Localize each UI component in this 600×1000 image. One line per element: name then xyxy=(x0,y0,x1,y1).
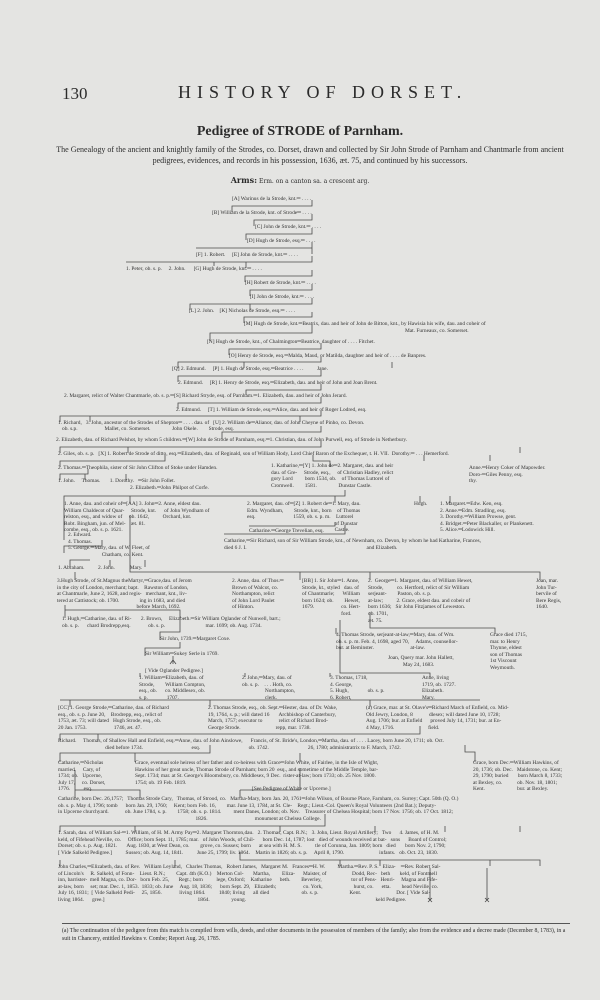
pedigree-entry: Anne, living 1719, ob. 1727. Elizabeth. … xyxy=(422,675,456,701)
pedigree-entry: Sir John, 1739.═Margaret Coxe. xyxy=(160,636,230,643)
pedigree-entry: 2. John,═Mary, dau. of ob. s. p. . . . H… xyxy=(242,675,295,701)
pedigree-entry: Catharine,═Nicholas married Cary, of 173… xyxy=(58,760,105,793)
pedigree-entry: ob. s.p. Mallet, co. Somerset. John Okel… xyxy=(62,426,234,433)
pedigree-entry: 2. George═1. Margaret, dau. of William H… xyxy=(368,578,473,624)
pedigree-entry: Richard. Thomas, of Shallow Hall and Enf… xyxy=(58,738,444,751)
pedigree-entry: [C] John de Strode, knt.═ . . . . xyxy=(255,224,321,231)
pedigree-entry: 1. Peter, ob. s. p. 2. John. [G] Hugh de… xyxy=(126,266,262,273)
pedigree-entry: 2. Thomas.═Theophila, sister of Sir John… xyxy=(58,465,217,472)
pedigree-entry: Mat. Furneaux, co. Somerset. xyxy=(405,328,469,335)
pedigree-entry: Sir William═Sukey Serle in 1769. xyxy=(145,651,219,658)
pedigree-entry: [F] 1. Robert. [E] John de Strode, knt.═… xyxy=(196,252,298,259)
pedigree-entry: Grace, born Dec.═William Hawkins, of 20,… xyxy=(473,760,562,793)
pedigree-entry: 2. Giles, ob. s. p. [X] 1. Robert de Str… xyxy=(58,451,449,458)
pedigree-entry: 3.Hugh Strode, of St.Magnus theMartyr,═G… xyxy=(57,578,192,611)
pedigree-entry: [M] Hugh de Strode, knt.═Beatrix, dau. a… xyxy=(244,321,486,328)
pedigree-entry: 4. Thomas Strode, serjeant-at-law,═Mary,… xyxy=(336,632,458,652)
pedigree-entry: [I] John de Strode, knt.═ . . . . xyxy=(250,294,314,301)
pedigree-entry: [See Pedigree of White or Upcerne.] xyxy=(252,786,331,793)
pedigree-entry: [BB] 1. Sir John═1. Anne, Strode, kt., s… xyxy=(302,578,360,618)
pedigree-entry: 2. Edmund. [R] 1. Henry de Strode, esq.═… xyxy=(178,380,378,387)
pedigree-entry: 2. Margaret, relict of Walter Chantmarle… xyxy=(64,393,347,400)
pedigree-entry: Catharine,═Sir Richard, son of Sir Willi… xyxy=(224,538,481,551)
pedigree-entry: [H] Robert de Strode, knt.═ . . . . xyxy=(245,280,316,287)
pedigree-entry: [CC] 1. George Strode,═Catharine, dau. o… xyxy=(58,705,169,731)
pedigree-entry: 1. Anne, dau. and coheir of═[AA] 3. John… xyxy=(64,501,209,534)
pedigree-entry: [O] Henry de Strode, esq.═Malda, Maud, o… xyxy=(229,353,426,360)
pedigree-entry: Joan, Query mar. John Hallett, May 24, 1… xyxy=(388,655,454,668)
pedigree-entry: 1. William═Elizabeth, dau. of Strode, Wi… xyxy=(139,675,205,701)
pedigree-entry: 2. Thomas Strode, esq., ob. Sept.═Hester… xyxy=(208,705,337,731)
pedigree-entry: Grace, eventual sole heiress of her fath… xyxy=(135,760,378,786)
pedigree-entry: Catharine, born Dec. 26,1757; Thomas Str… xyxy=(58,796,458,822)
pedigree-entry: [ Vide Oglander Pedigree.] xyxy=(145,668,203,675)
book-page: 130 HISTORY OF DORSET. Pedigree of STROD… xyxy=(0,0,600,1000)
pedigree-entry: Joan, mar. John Tur- bervile of Bere Reg… xyxy=(536,578,561,611)
footnote-rule xyxy=(62,923,570,924)
pedigree-entry: [A] Warinus de la Strode, knt.═ . . . . xyxy=(232,196,311,203)
footnote: (a) The continuation of the pedigree fro… xyxy=(62,928,570,943)
pedigree-entry: Anne.═Henry Coker of Mapowder. Doro-═Gil… xyxy=(469,465,545,485)
pedigree-entry: John Charles,═Elizabeth, dau. of Rev. Wi… xyxy=(58,864,440,904)
pedigree-entry: 1. Hugh,═Catharine, dau. of Ri- 2. Brown… xyxy=(62,616,281,629)
pedigree-entry: 2. Elizabeth.═John Philpot of Corfe. xyxy=(130,485,209,492)
pedigree-entry: [B] William de la Strode, knt. of Strode… xyxy=(212,210,312,217)
pedigree-entry: 2. Edward. 4. Thomas. 5. George.═Mary, d… xyxy=(68,532,150,558)
pedigree-entry: 2. Anne, dau. of Thos.═ Brown of Walcot,… xyxy=(232,578,284,611)
pedigree-entry: [N] Hugh de Strode, knt., of Chalmington… xyxy=(207,339,375,346)
pedigree-entry: 3. Thomas, 1718, 4. George, 5. Hugh, ob.… xyxy=(330,675,385,701)
pedigree-entry: [Q] 2. Edmund. [P] 1. Hugh de Strode, es… xyxy=(172,366,328,373)
pedigree-entry: Hugh. xyxy=(414,501,427,508)
pedigree-entry: 2. Edmund. [T] 1. William de Strode, esq… xyxy=(176,407,366,414)
pedigree-entry: 1. John. Thomas. 1. Dorothy. ═Sir John F… xyxy=(58,478,175,485)
pedigree-entry: [D] Hugh de Strode, esq.═ . . . . xyxy=(247,238,316,245)
pedigree-entry: 1. Margaret.═Edw. Ken, esq. 2. Anne.═Edm… xyxy=(440,501,534,534)
pedigree-entry: 1. Abraham. 2. John. Mary. xyxy=(58,565,142,572)
pedigree-entry: 2. Elizabeth, dau. of Richard Pelshot, b… xyxy=(56,437,407,444)
pedigree-entry: Catharine.═George Trevelian, esq. xyxy=(249,528,324,535)
pedigree-entry: 1. Sarah, dau. of William Sal-═1. Willia… xyxy=(58,830,447,856)
pedigree-entry: (a) Grace, mar. at St. Olave's═Richard M… xyxy=(366,705,509,731)
pedigree-entry: [L] 2. John. [K] Nicholas de Strode, esq… xyxy=(189,308,295,315)
pedigree-entry: 1. Katharine,═[Y] 1. John de═2. Margaret… xyxy=(271,463,393,489)
pedigree-entry: Grace died 1715, mar. to Henry Thynne, e… xyxy=(490,632,527,672)
